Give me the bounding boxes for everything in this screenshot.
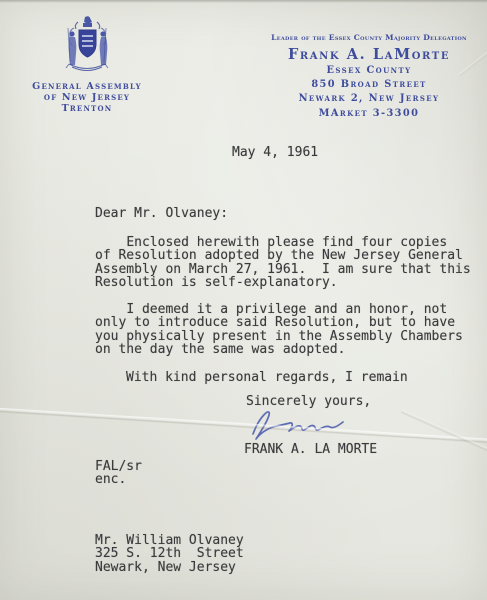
letterhead-street: 850 Broad Street — [256, 78, 482, 92]
fold-crease — [0, 406, 487, 446]
recipient-address-block: Mr. William Olvaney 325 S. 12th Street N… — [95, 534, 244, 574]
letterhead-state-line: of New Jersey — [22, 92, 152, 103]
letterhead-county: Essex County — [256, 64, 482, 78]
nj-state-seal-icon — [60, 14, 114, 76]
reference-initials-block: FAL/sr enc. — [95, 460, 142, 487]
scan-edge — [0, 0, 487, 3]
body-paragraph-1: Enclosed herewith please find four copie… — [95, 236, 480, 290]
typed-sender-name: FRANK A. LA MORTE — [244, 443, 377, 456]
letterhead-tagline: Leader of the Essex County Majority Dele… — [256, 33, 482, 43]
body-paragraph-2: I deemed it a privilege and an honor, no… — [95, 303, 480, 357]
salutation: Dear Mr. Olvaney: — [95, 207, 228, 220]
closing-line: With kind personal regards, I remain — [126, 371, 408, 384]
letterhead-assembly-line: General Assembly — [22, 81, 152, 92]
scanned-letter: General Assembly of New Jersey Trenton L… — [0, 0, 487, 600]
letterhead-sender-name: Frank A. LaMorte — [256, 46, 482, 64]
letterhead-city: Newark 2, New Jersey — [256, 92, 482, 106]
letterhead-right-block: Leader of the Essex County Majority Dele… — [256, 33, 482, 121]
date-line: May 4, 1961 — [232, 146, 318, 159]
letterhead-phone: MArket 3-3300 — [256, 107, 482, 121]
letterhead-left-block: General Assembly of New Jersey Trenton — [22, 81, 152, 114]
letterhead-city-line: Trenton — [22, 103, 152, 114]
